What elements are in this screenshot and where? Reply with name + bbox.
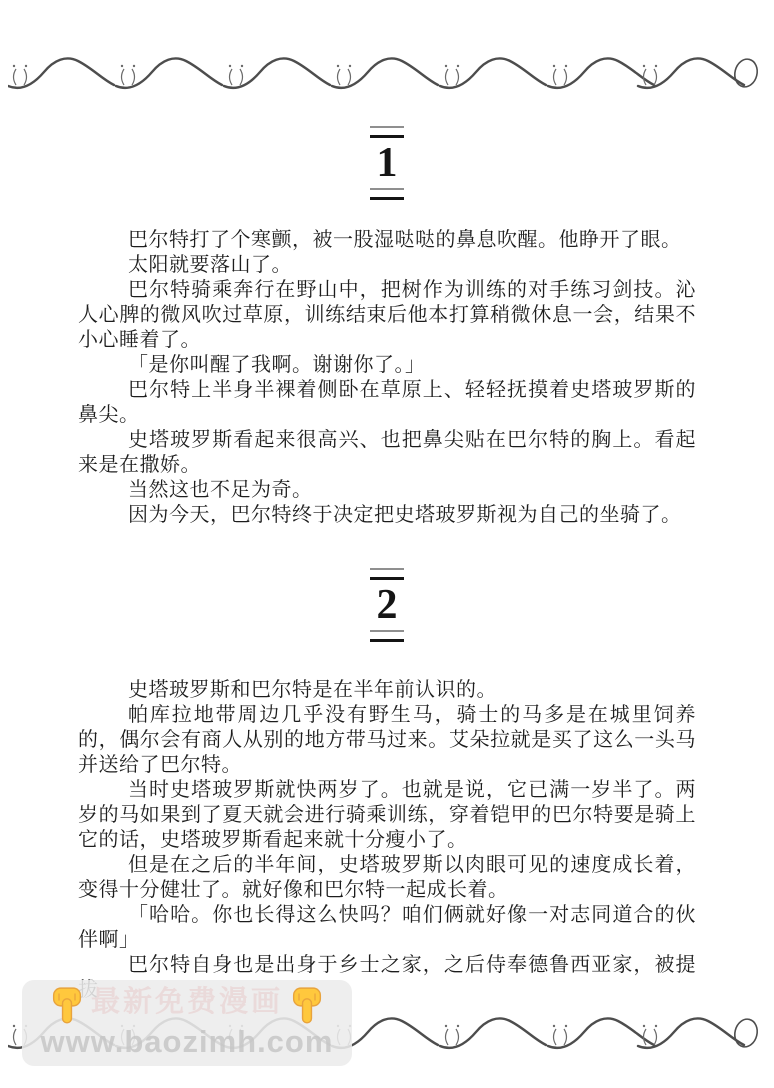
watermark-url-text: www.baozimh.com xyxy=(22,1025,352,1059)
chapter-2-heading: 2 xyxy=(0,568,774,642)
paragraph: 巴尔特骑乘奔行在野山中，把树作为训练的对手练习剑技。沁人心脾的微风吹过草原，训练… xyxy=(78,278,696,353)
paragraph: 巴尔特打了个寒颤，被一股湿哒哒的鼻息吹醒。他睁开了眼。 xyxy=(78,228,696,253)
paragraph: 太阳就要落山了。 xyxy=(78,253,696,278)
watermark-banner-row: 最新免费漫画 xyxy=(22,985,352,1021)
paragraph: 因为今天，巴尔特终于决定把史塔玻罗斯视为自己的坐骑了。 xyxy=(78,503,696,528)
heading-rule xyxy=(370,126,404,138)
paragraph: 「是你叫醒了我啊。谢谢你了。」 xyxy=(78,353,696,378)
chapter-1-text: 巴尔特打了个寒颤，被一股湿哒哒的鼻息吹醒。他睁开了眼。 太阳就要落山了。 巴尔特… xyxy=(78,228,696,528)
paragraph: 史塔玻罗斯和巴尔特是在半年前认识的。 xyxy=(78,678,696,703)
chapter-1-number: 1 xyxy=(0,142,774,184)
floral-wave-border-top xyxy=(8,46,766,102)
novel-page: 1 巴尔特打了个寒颤，被一股湿哒哒的鼻息吹醒。他睁开了眼。 太阳就要落山了。 巴… xyxy=(0,0,774,1088)
paragraph: 「哈哈。你也长得这么快吗？咱们俩就好像一对志同道合的伙伴啊」 xyxy=(78,903,696,953)
heading-rule xyxy=(370,188,404,200)
paragraph: 史塔玻罗斯看起来很高兴、也把鼻尖贴在巴尔特的胸上。看起来是在撒娇。 xyxy=(78,428,696,478)
chapter-2-text: 史塔玻罗斯和巴尔特是在半年前认识的。 帕库拉地带周边几乎没有野生马，骑士的马多是… xyxy=(78,678,696,1003)
watermark-banner-text: 最新免费漫画 xyxy=(91,985,283,1019)
chapter-2-number: 2 xyxy=(0,584,774,626)
heading-rule xyxy=(370,630,404,642)
pointing-down-hand-icon xyxy=(291,985,323,1025)
pointing-down-hand-icon xyxy=(51,985,83,1025)
paragraph: 但是在之后的半年间，史塔玻罗斯以肉眼可见的速度成长着，变得十分健壮了。就好像和巴… xyxy=(78,853,696,903)
chapter-1-heading: 1 xyxy=(0,126,774,200)
paragraph: 帕库拉地带周边几乎没有野生马，骑士的马多是在城里饲养的，偶尔会有商人从别的地方带… xyxy=(78,703,696,778)
paragraph: 当然这也不足为奇。 xyxy=(78,478,696,503)
heading-rule xyxy=(370,568,404,580)
paragraph: 巴尔特上半身半裸着侧卧在草原上、轻轻抚摸着史塔玻罗斯的鼻尖。 xyxy=(78,378,696,428)
watermark-overlay[interactable]: 最新免费漫画 www.baozimh.com xyxy=(22,980,352,1066)
paragraph: 当时史塔玻罗斯就快两岁了。也就是说，它已满一岁半了。两岁的马如果到了夏天就会进行… xyxy=(78,778,696,853)
